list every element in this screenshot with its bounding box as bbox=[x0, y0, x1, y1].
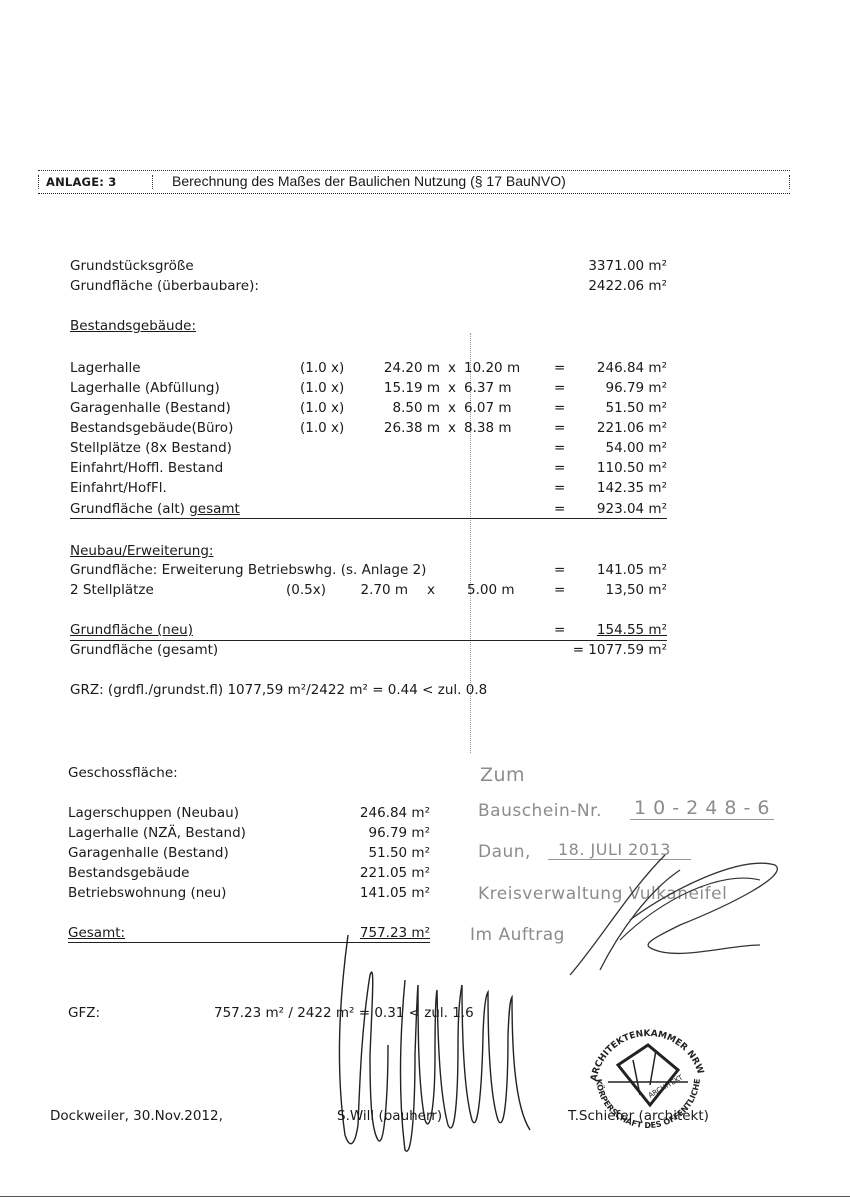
header-divider bbox=[38, 175, 39, 189]
header-divider bbox=[152, 175, 153, 189]
equals-sign: = bbox=[554, 562, 565, 578]
annex-label: ANLAGE: 3 bbox=[46, 175, 116, 189]
owner-signature-caption: S.Will (bauherr) bbox=[337, 1108, 442, 1124]
stamp-line-zum: Zum bbox=[480, 764, 525, 786]
factor: (1.0 x) bbox=[300, 420, 344, 436]
grz-calculation: GRZ: (grdfl./grundst.fl) 1077,59 m²/2422… bbox=[70, 682, 487, 698]
parking-factor: (0.5x) bbox=[286, 582, 326, 598]
area-value: 142.35 m² bbox=[597, 480, 667, 496]
dimension-length: 15.19 m bbox=[350, 380, 440, 396]
authority-signature-icon bbox=[560, 850, 790, 980]
place-date: Dockweiler, 30.Nov.2012, bbox=[50, 1108, 223, 1124]
equals-sign: = bbox=[554, 420, 565, 436]
extension-value: 141.05 m² bbox=[597, 562, 667, 578]
stamp-permit-number: 1 0 - 2 4 8 - 6 bbox=[630, 797, 774, 820]
factor: (1.0 x) bbox=[300, 400, 344, 416]
dimension-width: 10.20 m bbox=[464, 360, 520, 376]
times-sign: x bbox=[427, 582, 435, 598]
parking-value: 13,50 m² bbox=[605, 582, 667, 598]
area-value: 54.00 m² bbox=[605, 440, 667, 456]
annex-header: ANLAGE: 3 Berechnung des Maßes der Bauli… bbox=[38, 170, 790, 194]
times-sign: x bbox=[448, 360, 456, 376]
new-subtotal-label: Grundfläche (neu) bbox=[70, 622, 193, 638]
times-sign: x bbox=[448, 420, 456, 436]
total-label-underlined: gesamt bbox=[189, 501, 240, 517]
equals-sign: = bbox=[554, 400, 565, 416]
seal-inner-text: ARCHITEKT bbox=[647, 1073, 685, 1100]
equals-sign: = bbox=[554, 622, 565, 638]
building-name: Lagerhalle (Abfüllung) bbox=[70, 380, 220, 396]
document-title: Berechnung des Maßes der Baulichen Nutzu… bbox=[172, 173, 566, 189]
buildable-area-value: 2422.06 m² bbox=[588, 278, 667, 294]
floor-item-value: 51.50 m² bbox=[368, 845, 430, 861]
gfz-label: GFZ: bbox=[68, 1005, 100, 1021]
plot-size-label: Grundstücksgröße bbox=[70, 258, 194, 274]
times-sign: x bbox=[448, 380, 456, 396]
area-value: 221.06 m² bbox=[597, 420, 667, 436]
grand-total-value: = 1077.59 m² bbox=[573, 642, 667, 658]
area-value: 51.50 m² bbox=[605, 400, 667, 416]
new-construction-heading: Neubau/Erweiterung: bbox=[70, 543, 213, 559]
parking-dim1: 2.70 m bbox=[328, 582, 408, 598]
equals-sign: = bbox=[554, 440, 565, 456]
floor-area-heading: Geschossfläche: bbox=[68, 765, 178, 781]
plot-size-value: 3371.00 m² bbox=[588, 258, 667, 274]
equals-sign: = bbox=[554, 480, 565, 496]
owner-signature-icon bbox=[300, 935, 540, 1165]
floor-item-name: Lagerhalle (NZÄ, Bestand) bbox=[68, 825, 246, 841]
parking-label: 2 Stellplätze bbox=[70, 582, 154, 598]
building-name: Einfahrt/HofFl. bbox=[70, 480, 167, 496]
factor: (1.0 x) bbox=[300, 380, 344, 396]
existing-total-value: 923.04 m² bbox=[597, 501, 667, 517]
area-value: 96.79 m² bbox=[605, 380, 667, 396]
floor-total-label: Gesamt: bbox=[68, 925, 125, 941]
architect-seal-icon: ARCHITEKTENKAMMER NRW KÖRPERSCHAFT DES Ö… bbox=[578, 1010, 718, 1150]
parking-dim2: 5.00 m bbox=[467, 582, 515, 598]
dimension-width: 6.07 m bbox=[464, 400, 512, 416]
area-value: 246.84 m² bbox=[597, 360, 667, 376]
equals-sign: = bbox=[554, 582, 565, 598]
existing-buildings-heading: Bestandsgebäude: bbox=[70, 318, 196, 334]
floor-item-value: 246.84 m² bbox=[360, 805, 430, 821]
building-name: Stellplätze (8x Bestand) bbox=[70, 440, 232, 456]
area-value: 110.50 m² bbox=[597, 460, 667, 476]
buildable-area-label: Grundfläche (überbaubare): bbox=[70, 278, 259, 294]
building-name: Garagenhalle (Bestand) bbox=[70, 400, 231, 416]
times-sign: x bbox=[448, 400, 456, 416]
header-divider bbox=[789, 175, 790, 189]
page-bottom-edge bbox=[0, 1196, 850, 1197]
equals-sign: = bbox=[554, 501, 565, 517]
extension-label: Grundfläche: Erweiterung Betriebswhg. (s… bbox=[70, 562, 426, 578]
new-subtotal-value: 154.55 m² bbox=[597, 622, 667, 638]
floor-item-value: 221.05 m² bbox=[360, 865, 430, 881]
subtotal-rule bbox=[70, 640, 667, 641]
seal-text-top: ARCHITEKTENKAMMER NRW bbox=[589, 1029, 705, 1082]
floor-item-name: Lagerschuppen (Neubau) bbox=[68, 805, 239, 821]
dimension-length: 24.20 m bbox=[350, 360, 440, 376]
floor-item-value: 141.05 m² bbox=[360, 885, 430, 901]
grand-total-label: Grundfläche (gesamt) bbox=[70, 642, 218, 658]
floor-item-name: Garagenhalle (Bestand) bbox=[68, 845, 229, 861]
floor-item-name: Bestandsgebäude bbox=[68, 865, 189, 881]
dimension-length: 26.38 m bbox=[350, 420, 440, 436]
architect-signature-caption: T.Schiefer (architekt) bbox=[568, 1108, 709, 1124]
factor: (1.0 x) bbox=[300, 360, 344, 376]
building-name: Einfahrt/Hoffl. Bestand bbox=[70, 460, 223, 476]
total-rule bbox=[70, 518, 667, 519]
floor-item-name: Betriebswohnung (neu) bbox=[68, 885, 226, 901]
stamp-permit-label: Bauschein-Nr. bbox=[478, 801, 602, 821]
dimension-width: 8.38 m bbox=[464, 420, 512, 436]
dimension-length: 8.50 m bbox=[350, 400, 440, 416]
building-name: Lagerhalle bbox=[70, 360, 141, 376]
floor-item-value: 96.79 m² bbox=[368, 825, 430, 841]
equals-sign: = bbox=[554, 460, 565, 476]
equals-sign: = bbox=[554, 360, 565, 376]
building-name: Bestandsgebäude(Büro) bbox=[70, 420, 233, 436]
equals-sign: = bbox=[554, 380, 565, 396]
total-label: Grundfläche (alt) bbox=[70, 501, 189, 517]
stamp-place-label: Daun, bbox=[478, 842, 531, 862]
dimension-width: 6.37 m bbox=[464, 380, 512, 396]
